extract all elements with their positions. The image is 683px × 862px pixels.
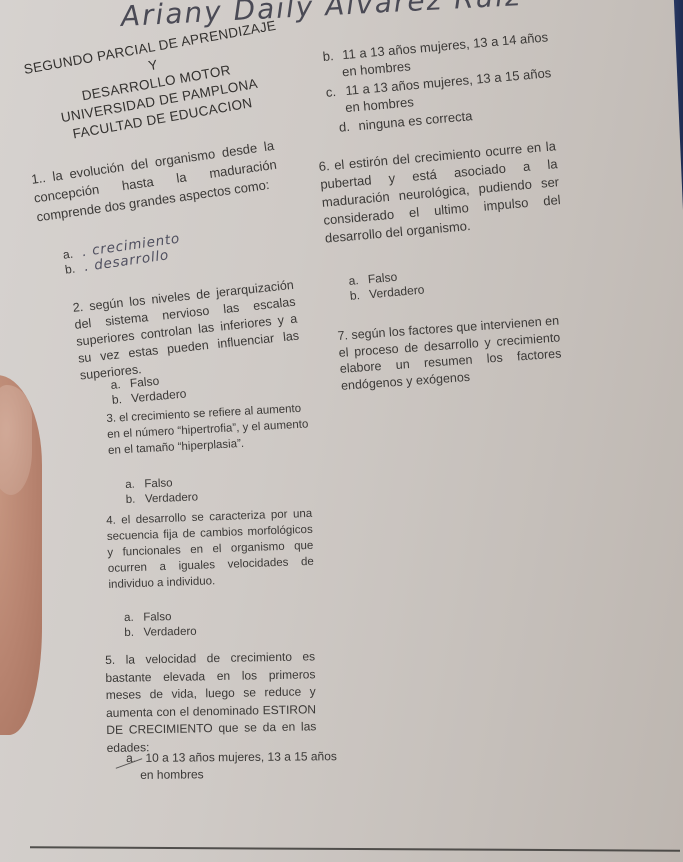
option-letter: a. <box>110 377 127 393</box>
option-letter: b. <box>124 626 140 641</box>
q4-option-b[interactable]: b. Verdadero <box>124 625 197 641</box>
option-letter: a. <box>348 273 365 289</box>
question-5: 5. la velocidad de crecimiento es bastan… <box>105 648 317 757</box>
option-text: 10 a 13 años mujeres, 13 a 15 años <box>145 749 337 765</box>
thumbnail-highlight <box>0 385 32 495</box>
option-letter: b. <box>322 47 339 65</box>
option-text: Falso <box>367 270 397 287</box>
option-letter: b. <box>111 392 128 408</box>
option-text-cont: en hombres <box>126 767 203 782</box>
q3-option-b[interactable]: b. Verdadero <box>126 490 199 508</box>
question-5-text: 5. la velocidad de crecimiento es bastan… <box>105 648 317 757</box>
option-text: Falso <box>144 477 173 490</box>
option-text: Falso <box>143 611 171 623</box>
question-4-options: a. Falso b. Verdadero <box>124 610 197 641</box>
q4-option-a[interactable]: a. Falso <box>124 610 197 626</box>
option-letter: b. <box>349 288 366 304</box>
question-4-text: 4. el desarrollo se caracteriza por una … <box>106 506 315 593</box>
option-text: Falso <box>129 374 159 391</box>
option-letter: d. <box>338 117 355 135</box>
option-letter: a. <box>125 477 142 493</box>
option-text: Verdadero <box>145 491 198 505</box>
option-letter: a. <box>124 611 140 626</box>
q5-option-a[interactable]: a. 10 a 13 años mujeres, 13 a 15 años en… <box>126 748 337 784</box>
option-letter: b. <box>64 261 82 278</box>
question-3-options: a. Falso b. Verdadero <box>125 475 198 508</box>
option-letter: c. <box>325 82 342 100</box>
option-text: Verdadero <box>143 626 196 639</box>
question-4: 4. el desarrollo se caracteriza por una … <box>106 506 315 593</box>
option-letter: b. <box>126 492 143 508</box>
